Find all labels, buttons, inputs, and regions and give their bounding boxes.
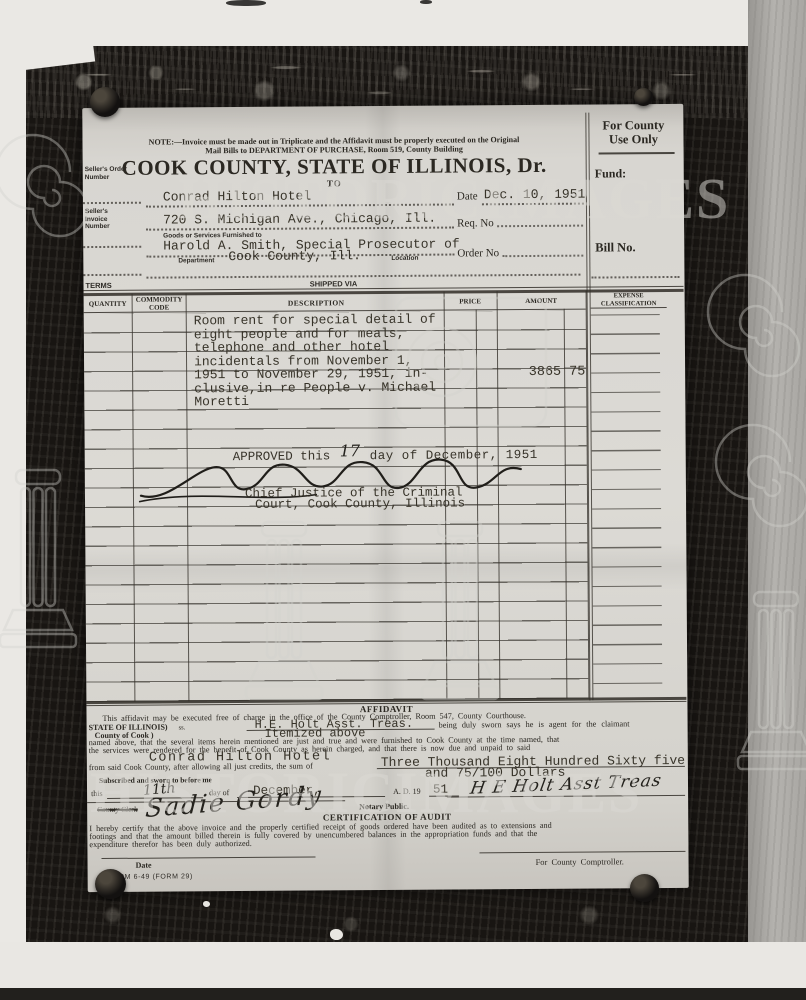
ink-smudge <box>226 0 266 6</box>
date-signature-line <box>102 856 316 858</box>
terms-label: TERMS <box>85 281 111 290</box>
photo-bottom-edge <box>0 988 806 1000</box>
margin-streaks <box>748 0 806 1000</box>
sum-prefix: from said Cook County, after allowing al… <box>89 762 389 773</box>
dotted-line <box>482 203 584 206</box>
col-quantity: QUANTITY <box>84 300 132 308</box>
date-value-typed: Dec. 10, 1951 <box>484 187 586 203</box>
dotted-line <box>83 274 141 276</box>
req-no-field: Req. No <box>457 213 583 230</box>
description-line: clusive,in re People v. Michael <box>194 380 436 395</box>
description-cell: Room rent for special detail of eight pe… <box>194 313 436 409</box>
year-typed: 51 <box>433 783 448 797</box>
photo-margin-left <box>0 0 26 1000</box>
location-label: Location <box>391 255 418 262</box>
county-clerk-struck: County Clerk <box>97 805 139 814</box>
footer-date-label: Date <box>136 861 152 870</box>
sellers-invoice-number-label: Seller's Invoice Number <box>85 208 129 231</box>
description-line: Moretti <box>194 394 436 409</box>
amount-dollars: 3865 <box>499 365 561 380</box>
dotted-leader <box>502 255 583 258</box>
thumbtack-top-right <box>634 88 653 106</box>
bill-no-label: Bill No. <box>595 240 635 255</box>
dotted-line <box>146 274 580 279</box>
col-expense-classification: EXPENSE CLASSIFICATION <box>591 292 667 308</box>
order-no-field: Order No <box>457 243 583 260</box>
col-commodity-code: COMMODITY CODE <box>133 296 186 311</box>
rule <box>599 152 675 154</box>
form-number: 10M 6-49 (Form 29) <box>116 873 193 881</box>
expense-row-lines <box>591 310 663 698</box>
county-use-line2: Use Only <box>587 132 679 148</box>
col-description: DESCRIPTION <box>189 298 444 309</box>
order-no-label: Order No <box>457 247 499 259</box>
dust-speck <box>330 929 343 940</box>
justice-title-line2: Court, Cook County, Illinois <box>255 496 465 511</box>
this-label: this <box>91 789 103 798</box>
comptroller-label: For County Comptroller. <box>536 856 624 867</box>
ink-smudge <box>420 0 432 4</box>
department-label: Department <box>178 257 214 264</box>
date-label: Date <box>457 190 478 202</box>
amount-cents: 75 <box>569 365 585 380</box>
req-no-label: Req. No <box>457 217 494 229</box>
dotted-line <box>591 276 679 279</box>
vendor-address-typed: 720 S. Michigan Ave., Chicago, Ill. <box>163 211 436 228</box>
expense-header-underline <box>591 307 667 309</box>
dust-speck <box>203 901 210 907</box>
fund-label: Fund: <box>595 166 626 181</box>
thumbtack-bottom-right <box>630 874 659 902</box>
vendor-name-typed: Conrad Hilton Hotel <box>163 189 311 205</box>
dotted-line <box>83 246 141 248</box>
thumbtack-bottom-left <box>95 869 126 899</box>
thumbtack-top-left <box>90 87 120 117</box>
dotted-line <box>83 202 141 204</box>
ss-label: ss. <box>179 724 186 731</box>
sellers-order-number-label: Seller's Order Number <box>85 166 129 181</box>
invoice-document: NOTE:—Invoice must be made out in Tripli… <box>82 104 688 892</box>
ad-label: A. D. 19 <box>393 787 421 796</box>
press-photo-of-invoice: NOTE:—Invoice must be made out in Tripli… <box>0 0 806 1000</box>
comptroller-signature-line <box>479 851 685 853</box>
col-price: PRICE <box>444 297 497 305</box>
notary-public-label: Notary Public. <box>359 802 409 811</box>
sworn-text: being duly sworn says he is agent for th… <box>439 720 685 730</box>
audit-body-3: expenditure therefor has been duly autho… <box>89 837 685 850</box>
dotted-leader <box>497 225 583 228</box>
col-amount: AMOUNT <box>497 297 586 306</box>
photo-margin-right <box>748 0 806 1000</box>
